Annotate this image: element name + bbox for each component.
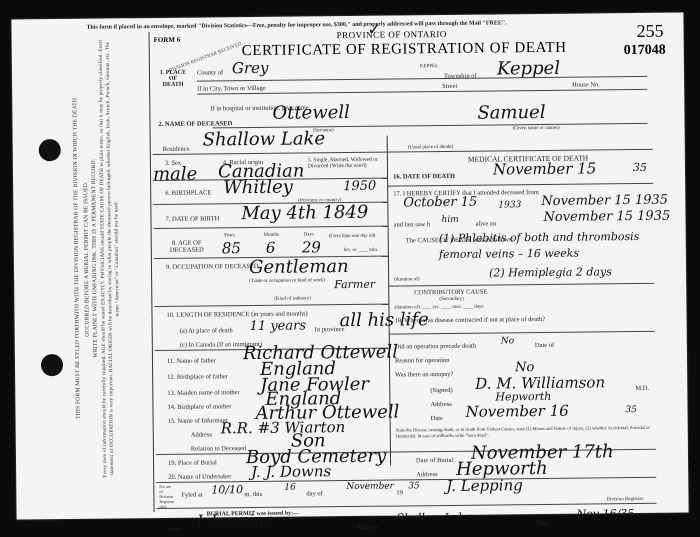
residence-sublabel: (Usual place of abode) — [408, 145, 453, 150]
place-of-death-label: 1. PLACE OF DEATH — [158, 70, 188, 88]
occupation-b-sublabel: (Kind of industry) — [274, 296, 310, 301]
autopsy-label: Was there an autopsy? — [395, 371, 453, 379]
signed-label: (Signed) — [430, 387, 452, 394]
physician-date-label: Date — [431, 415, 443, 422]
township-typed: KEPPEL — [420, 64, 438, 69]
registrar-label: Division Registrar — [606, 497, 643, 502]
province: PROVINCE OF ONTARIO — [337, 29, 447, 40]
permit-address-label: Address — [357, 524, 378, 531]
permit-name-label: Name — [167, 526, 183, 533]
dob-label: 7. DATE OF BIRTH — [165, 215, 219, 223]
md-label: M.D. — [635, 385, 649, 392]
father-label: 11. Name of father — [167, 357, 216, 365]
filed-month: November — [346, 482, 394, 492]
form-label: FORM 6 — [154, 36, 181, 44]
informant-address-label: Address — [191, 431, 212, 438]
dod-value: November 15 — [493, 159, 596, 178]
physician-date-year: 35 — [625, 405, 637, 415]
occupation-label: 9. OCCUPATION OF DECEASED — [166, 263, 259, 271]
operation-date-label: Date of — [535, 342, 554, 349]
city-label: If in City, Town or Village — [197, 85, 266, 93]
attended-from: October 15 — [403, 195, 477, 211]
alive-on-label: alive on — [476, 220, 497, 227]
undertaker-value: J. J. Downs — [251, 462, 331, 481]
at-place-label: (a) At place of death — [180, 327, 233, 335]
occupation-b-value: Farmer — [334, 278, 375, 291]
cause-2-value: (2) Hemiplegia 2 days — [489, 265, 612, 279]
sex-value: male — [153, 164, 197, 185]
registrar-signature: J. Lepping — [446, 476, 523, 495]
marital-label: 5. Single, Married, Widowed or Divorced … — [308, 157, 388, 170]
filed-year: 35 — [408, 481, 420, 491]
birthplace-label: 6. BIRTHPLACE — [165, 189, 211, 196]
contributory-duration: (duration of) ____ yrs. ____ mos. ____ d… — [394, 305, 483, 311]
occupation-a-sublabel: (Trade or occupation or kind of work) — [249, 278, 325, 284]
birthplace-note: 1950 — [343, 179, 376, 194]
occupation-a-value: Gentleman — [249, 256, 349, 278]
house-label: House No. — [572, 81, 600, 88]
birthplace-value: Whitley — [223, 177, 293, 199]
where-contracted-label: 18. Where was disease contracted if not … — [395, 316, 546, 325]
attended-from-year: 1933 — [498, 200, 521, 210]
filed-year-label: 19 — [396, 489, 403, 496]
relation-label: Relation to Deceased — [191, 445, 246, 453]
filed-time: 10/10 — [211, 483, 243, 496]
given-name-value: Samuel — [477, 102, 545, 124]
undertaker-address-label: Address — [416, 471, 437, 478]
father-birthplace-label: 12. Birthplace of father — [167, 373, 228, 381]
dod-label: 16. DATE OF DEATH — [393, 173, 455, 181]
mother-label: 13. Maiden name of mother — [167, 389, 239, 397]
instruction-line: Every item of information should be care… — [98, 38, 123, 478]
operation-label: Did an operation precede death — [395, 343, 476, 351]
death-certificate: THIS FORM MUST BE FYLED FORTHWITH WITH T… — [11, 12, 688, 519]
age-years-label: Years — [224, 233, 235, 238]
age-less-label: If less than one day old — [329, 234, 376, 239]
age-days-value: 29 — [302, 238, 321, 256]
informant-label: 15. Name of Informant — [168, 417, 228, 425]
residence-value: Shallow Lake — [203, 128, 326, 150]
operation-value: No — [501, 336, 514, 346]
age-months-value: 6 — [266, 239, 276, 257]
filed-day: 16 — [284, 483, 296, 493]
certificate-title: CERTIFICATE OF REGISTRATION OF DEATH — [242, 40, 567, 60]
burial-date-label: Date of Burial — [416, 457, 453, 464]
registration-number: 017048 — [624, 43, 666, 59]
age-days-label: Days — [304, 232, 314, 237]
age-label: 8. AGE OF DECEASED — [168, 240, 206, 254]
physician-date: November 16 — [465, 402, 568, 421]
contributory-sublabel: (Secondary) — [439, 297, 463, 302]
street-label: Street — [442, 83, 457, 90]
medical-note: State the Disease causing death, or in d… — [396, 425, 654, 440]
dob-value: May 4th 1849 — [241, 202, 368, 224]
page-number: 255 — [636, 21, 663, 42]
surname-value: Ottewell — [272, 102, 350, 124]
informant-address-value: R.R. #3 Wiarton — [221, 418, 346, 437]
filed-day-label: day of — [306, 490, 323, 497]
filed-m-label: m. this — [244, 491, 262, 498]
contributory-label: CONTRIBUTORY CAUSE — [414, 289, 487, 297]
dod-year: 35 — [633, 161, 647, 174]
filed-label: Fyled at — [181, 492, 202, 499]
last-saw-label: and last saw h — [394, 221, 431, 228]
cause-1-value: (1) Phlebitis of both and thrombosis fem… — [439, 229, 649, 263]
attended-to: November 15 1935 — [541, 193, 668, 209]
last-saw-value: him — [441, 215, 458, 225]
mother-birthplace-label: 14. Birthplace of mother — [167, 403, 231, 411]
age-months-label: Months — [264, 233, 279, 238]
permit-address-value: Shallow Lake — [397, 511, 472, 525]
age-years-value: 85 — [222, 239, 241, 257]
permit-name-value: J. Lepping — [197, 511, 274, 530]
alive-on-value: November 15 1935 — [543, 209, 670, 225]
permit-date-value: Nov 16/35 — [577, 507, 635, 521]
autopsy-value: No — [515, 360, 534, 375]
at-place-value: 11 years — [250, 318, 307, 334]
physician-address-label: Address — [430, 401, 451, 408]
duration-label: (duration of) — [394, 277, 419, 282]
given-sublabel: (Given name or names) — [513, 126, 560, 131]
county-label: County of — [197, 69, 223, 76]
length-residence-label: 10. LENGTH OF RESIDENCE (in years and mo… — [166, 310, 307, 318]
residence-label: Residence — [163, 146, 190, 153]
county-value: Grey — [232, 59, 269, 77]
burial-place-label: 19. Place of Burial — [168, 459, 217, 467]
side-instructions: THIS FORM MUST BE FYLED FORTHWITH WITH T… — [34, 38, 121, 479]
undertaker-label: 20. Name of Undertaker — [168, 473, 231, 481]
registrar-use-label: For use of Division Registrar only — [159, 484, 171, 509]
age-hrs-label: hrs. or ____ min. — [344, 248, 378, 253]
reason-label: Reason for operation — [395, 357, 450, 365]
permit-date-label: Date — [537, 520, 549, 527]
